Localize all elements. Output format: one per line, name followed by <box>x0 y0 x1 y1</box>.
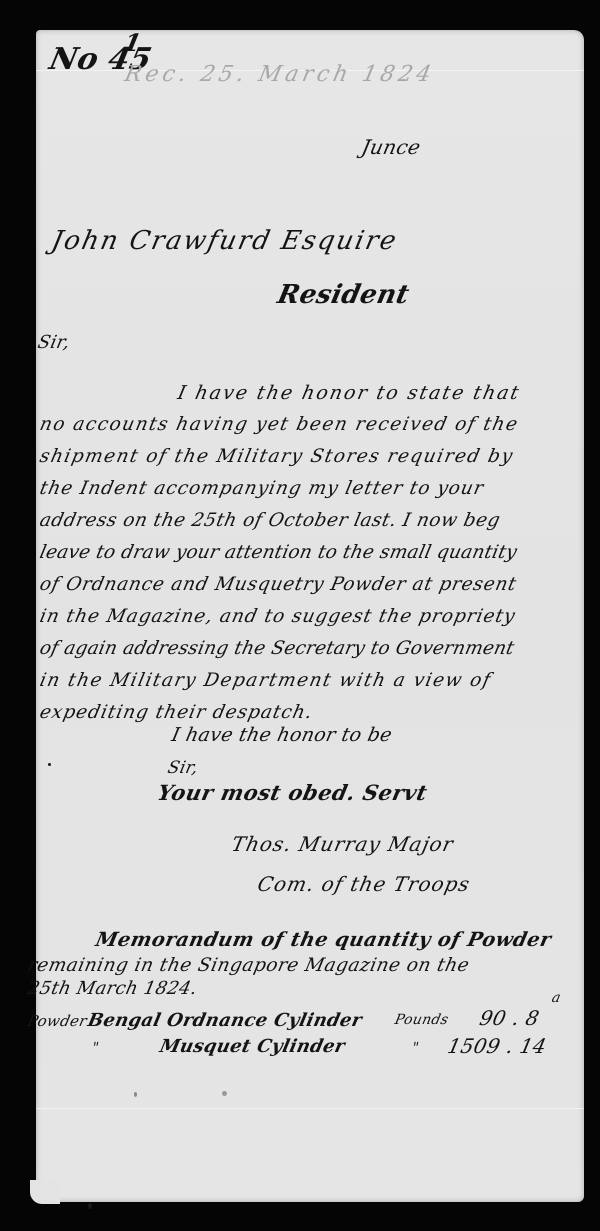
signature-title: Com. of the Troops <box>255 872 472 896</box>
ink-speck <box>88 1203 92 1209</box>
ink-speck <box>48 763 51 766</box>
body-line: shipment of the Military Stores required… <box>38 446 516 467</box>
memorandum-date: 25th March 1824. <box>26 978 199 999</box>
place: Junce <box>359 135 422 159</box>
body-line: in the Military Department with a view o… <box>38 670 494 691</box>
row-category: Powder <box>26 1012 89 1030</box>
body-line: address on the 25th of October last. I n… <box>38 510 502 531</box>
body-line: I have the honor to state that <box>176 382 523 404</box>
signature: Thos. Murray Major <box>229 832 456 856</box>
closing-servant: Your most obed. Servt <box>155 780 430 805</box>
memorandum-heading: Memorandum of the quantity of Powder <box>94 928 554 951</box>
received-note: Rec. 25. March 1824 <box>122 62 437 87</box>
fold-line <box>36 1108 584 1109</box>
body-line: no accounts having yet been received of … <box>38 414 521 435</box>
body-line: of Ordnance and Musquetry Powder at pres… <box>38 574 519 595</box>
body-line: expediting their despatch. <box>38 702 315 723</box>
row-unit: Pounds <box>393 1012 450 1028</box>
row-value: 90 . 8 <box>477 1006 541 1030</box>
ink-speck <box>222 1091 227 1096</box>
addressee-title: Resident <box>275 280 412 310</box>
body-line: of again addressing the Secretary to Gov… <box>38 638 516 659</box>
closing-sir: Sir, <box>166 758 200 778</box>
row-item: Bengal Ordnance Cylinder <box>86 1010 364 1031</box>
ink-speck <box>134 1092 137 1097</box>
row-value: 1509 . 14 <box>445 1034 548 1058</box>
body-line: leave to draw your attention to the smal… <box>38 542 519 563</box>
body-line: the Indent accompanying my letter to you… <box>38 478 486 499</box>
closing-line: I have the honor to be <box>170 724 395 746</box>
memorandum-heading: remaining in the Singapore Magazine on t… <box>26 955 472 976</box>
row-item: Musquet Cylinder <box>158 1036 347 1057</box>
body-line: in the Magazine, and to suggest the prop… <box>38 606 518 627</box>
addressee-name: John Crawfurd Esquire <box>49 226 401 256</box>
salutation: Sir, <box>36 332 72 353</box>
